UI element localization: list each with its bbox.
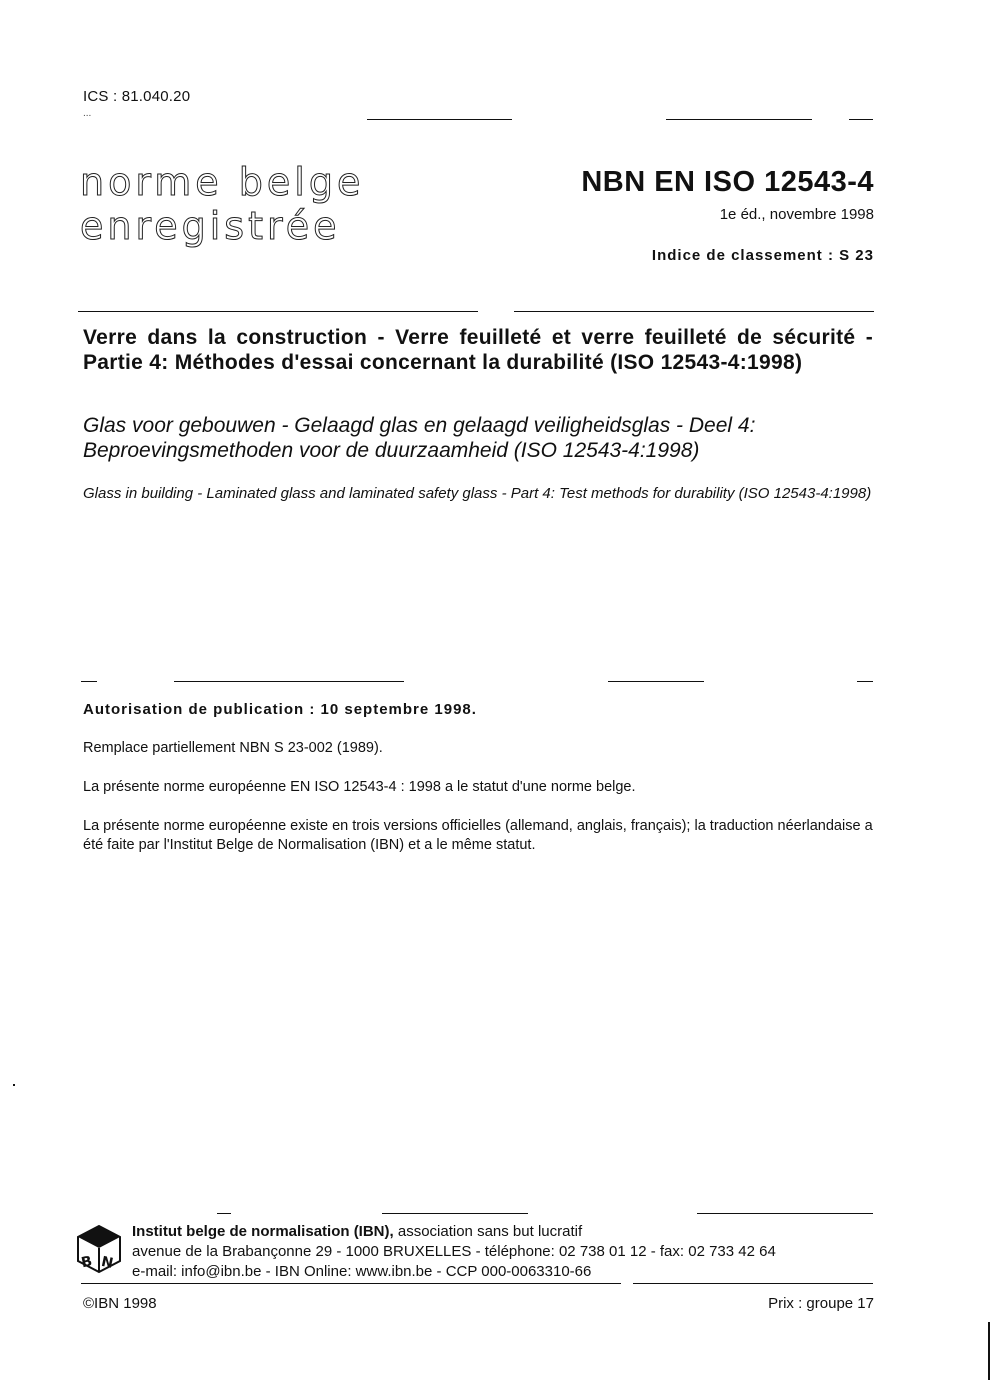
title-english: Glass in building - Laminated glass and … [83,484,873,503]
title-rule-left [78,311,478,312]
institute-block: Institut belge de normalisation (IBN), a… [132,1222,776,1282]
mid-rule-3 [608,681,704,682]
versions-note: La présente norme européenne existe en t… [83,817,883,855]
title-rule-right [514,311,874,312]
institute-contact: e-mail: info@ibn.be - IBN Online: www.ib… [132,1262,776,1282]
brand-title: norme belge enregistrée [80,160,364,248]
brand-line-1: norme belge [80,160,364,204]
footer-bottom-rule-right [633,1283,873,1284]
ics-marker: ... [83,108,91,119]
publication-authorization: Autorisation de publication : 10 septemb… [83,701,477,718]
footer-rule-1 [217,1213,231,1214]
ibn-logo-icon: B N [76,1224,122,1274]
copyright: ©IBN 1998 [83,1295,157,1312]
ics-code: ICS : 81.040.20 [83,88,190,105]
standard-number: NBN EN ISO 12543-4 [581,166,874,199]
mid-rule-4 [857,681,873,682]
mid-rule-2 [174,681,404,682]
institute-name: Institut belge de normalisation (IBN), [132,1223,394,1240]
price-group: Prix : groupe 17 [768,1295,874,1312]
footer-bottom-rule-left [81,1283,621,1284]
scan-edge-mark [988,1322,990,1380]
title-french: Verre dans la construction - Verre feuil… [83,325,873,375]
scan-speck [13,1084,15,1086]
institute-type: association sans but lucratif [394,1223,582,1240]
svg-text:N: N [100,1254,115,1272]
top-rule-1 [367,119,512,120]
top-rule-2 [666,119,812,120]
title-dutch: Glas voor gebouwen - Gelaagd glas en gel… [83,413,873,463]
edition-date: 1e éd., novembre 1998 [720,206,874,223]
mid-rule-1 [81,681,97,682]
institute-line: Institut belge de normalisation (IBN), a… [132,1222,776,1242]
brand-line-2: enregistrée [80,204,364,248]
footer-rule-3 [697,1213,873,1214]
classification-index: Indice de classement : S 23 [652,247,874,264]
replaces-note: Remplace partiellement NBN S 23-002 (198… [83,739,883,758]
status-note: La présente norme européenne EN ISO 1254… [83,778,883,797]
institute-address: avenue de la Brabançonne 29 - 1000 BRUXE… [132,1242,776,1262]
top-rule-3 [849,119,873,120]
footer-rule-2 [382,1213,528,1214]
